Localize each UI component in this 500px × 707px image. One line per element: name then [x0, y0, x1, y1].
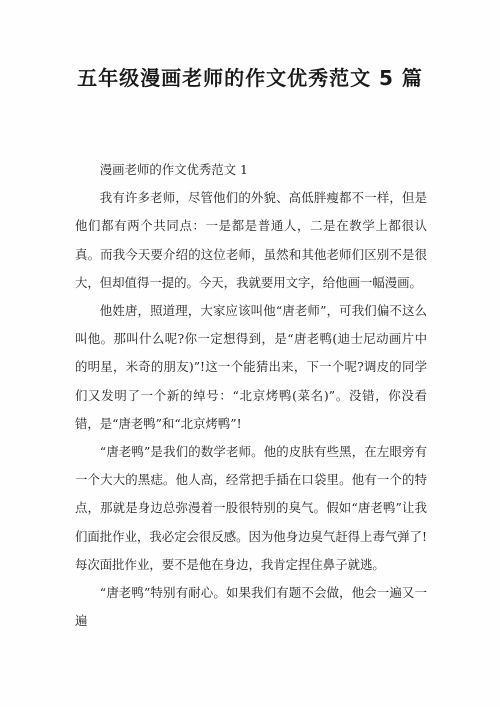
document-title: 五年级漫画老师的作文优秀范文 5 篇: [0, 62, 500, 91]
document-body: 漫画老师的作文优秀范文 1 我有许多老师，尽管他们的外貌、高低胖瘦都不一样，但是…: [75, 156, 427, 635]
paragraph-4: “唐老鸭”特别有耐心。如果我们有题不会做，他会一遍又一遍: [75, 579, 427, 635]
paragraph-3: “唐老鸭”是我们的数学老师。他的皮肤有些黑，在左眼旁有一个大大的黑痣。他人高，经…: [75, 438, 427, 579]
paragraph-2: 他姓唐，照道理，大家应该叫他“唐老师”，可我们偏不这么叫他。那叫什么呢?你一定想…: [75, 297, 427, 438]
paragraph-1: 我有许多老师，尽管他们的外貌、高低胖瘦都不一样，但是他们都有两个共同点：一是都是…: [75, 184, 427, 297]
document-page: 五年级漫画老师的作文优秀范文 5 篇 漫画老师的作文优秀范文 1 我有许多老师，…: [0, 0, 500, 707]
section-heading: 漫画老师的作文优秀范文 1: [75, 156, 427, 184]
